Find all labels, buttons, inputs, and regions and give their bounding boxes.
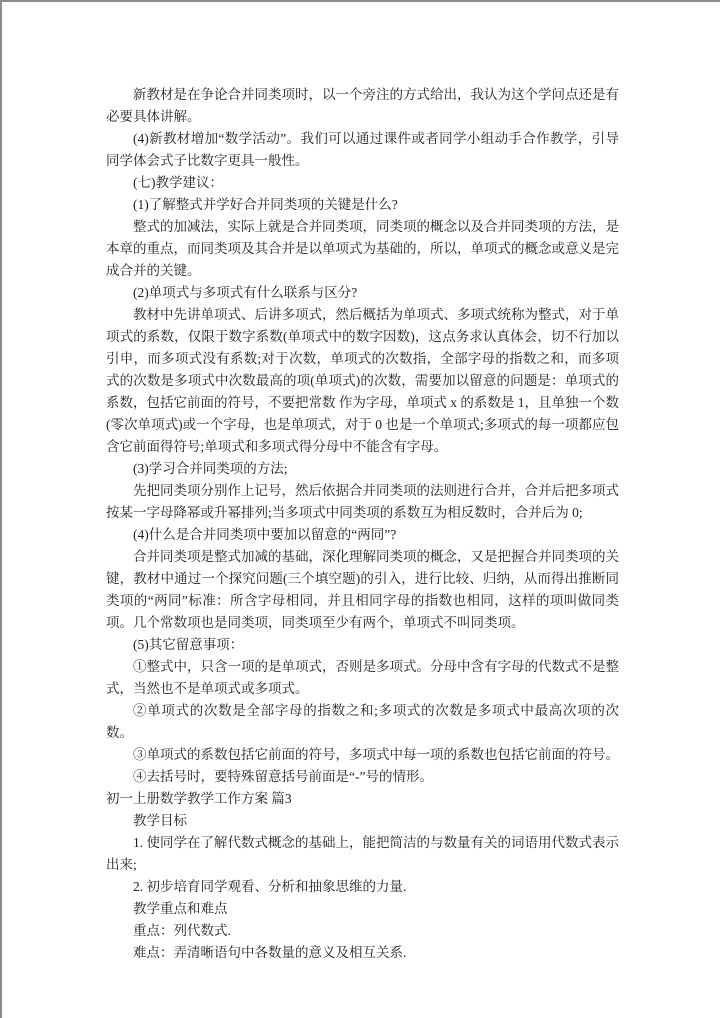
paragraph: 1. 使同学在了解代数式概念的基础上，能把简洁的与数量有关的词语用代数式表示出来… [106,832,619,876]
paragraph: (4)新教材增加“数学活动”。我们可以通过课件或者同学小组动手合作教学，引导同学… [106,128,619,172]
paragraph: ②单项式的次数是全部字母的指数之和;多项式的次数是多项式中最高次项的次数。 [106,700,619,744]
paragraph: (3)学习合并同类项的方法; [106,458,619,480]
paragraph: ③单项式的系数包括它前面的符号，多项式中每一项的系数也包括它前面的符号。 [106,744,619,766]
paragraph: (5)其它留意事项： [106,634,619,656]
paragraph: 教学重点和难点 [106,898,619,920]
paragraph: (4)什么是合并同类项中要加以留意的“两同”? [106,524,619,546]
paragraph: 先把同类项分别作上记号，然后依据合并同类项的法则进行合并，合并后把多项式按某一字… [106,480,619,524]
paragraph: 2. 初步培育同学观看、分析和抽象思维的力量. [106,876,619,898]
document-body: 新教材是在争论合并同类项时，以一个旁注的方式给出，我认为这个学问点还是有必要具体… [106,84,619,964]
paragraph: 教材中先讲单项式、后讲多项式，然后概括为单项式、多项式统称为整式，对于单项式的系… [106,304,619,458]
paragraph: ①整式中，只含一项的是单项式，否则是多项式。分母中含有字母的代数式不是整式，当然… [106,656,619,700]
paragraph: 合并同类项是整式加减的基础，深化理解同类项的概念，又是把握合并同类项的关键，教材… [106,546,619,634]
paragraph: (2)单项式与多项式有什么联系与区分? [106,282,619,304]
document-page: 新教材是在争论合并同类项时，以一个旁注的方式给出，我认为这个学问点还是有必要具体… [0,0,720,1018]
paragraph: (1)了解整式并学好合并同类项的关键是什么? [106,194,619,216]
paragraph: 重点：列代数式. [106,920,619,942]
paragraph: 教学目标 [106,810,619,832]
paragraph: 新教材是在争论合并同类项时，以一个旁注的方式给出，我认为这个学问点还是有必要具体… [106,84,619,128]
paragraph: (七)教学建议： [106,172,619,194]
paragraph: 整式的加减法，实际上就是合并同类项，同类项的概念以及合并同类项的方法，是本章的重… [106,216,619,282]
section-title: 初一上册数学教学工作方案 篇3 [106,788,619,810]
paragraph: 难点：弄清晰语句中各数量的意义及相互关系. [106,942,619,964]
paragraph: ④去括号时，要特殊留意括号前面是“-”号的情形。 [106,766,619,788]
